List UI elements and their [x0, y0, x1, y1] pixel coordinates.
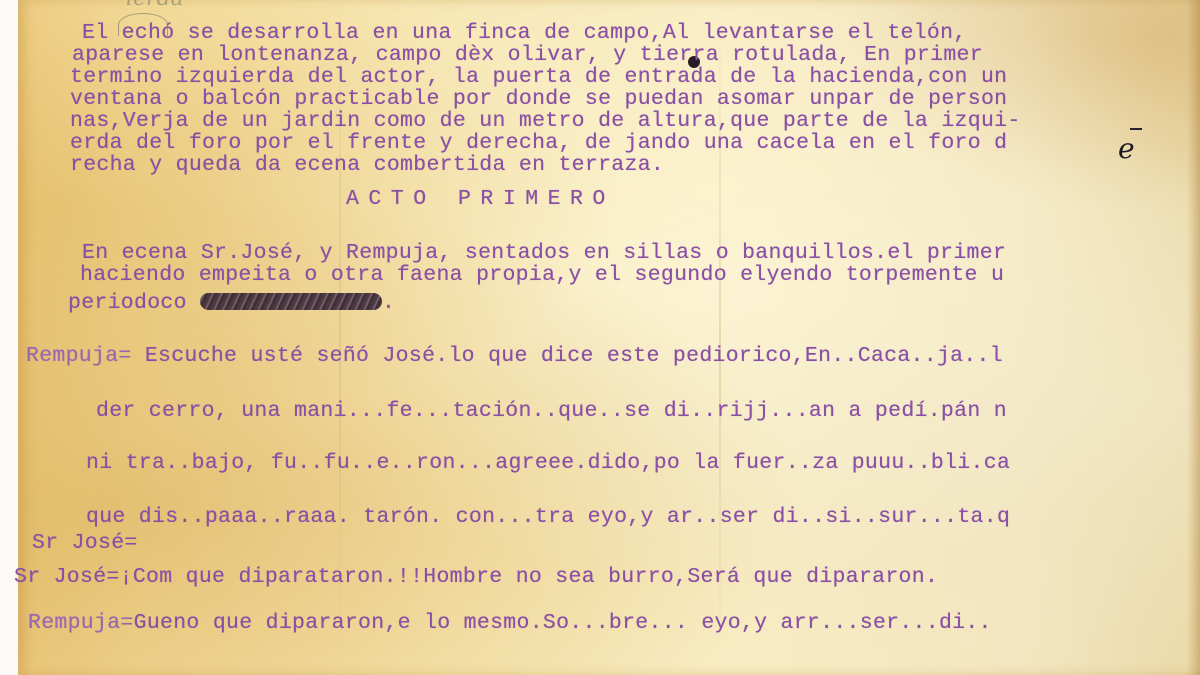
scene-intro-line: haciendo empeita o otra faena propia,y e… — [80, 264, 1004, 286]
dialogue-line: Sr José=¡Com que diparataron.!!Hombre no… — [14, 566, 938, 588]
dialogue-line: que dis..paaa..raaa. tarón. con...tra ey… — [86, 506, 1010, 528]
stage-direction-line: termino izquierda del actor, la puerta d… — [70, 66, 1007, 88]
dialogue-line: der cerro, una mani...fe...tación..que..… — [96, 400, 1007, 422]
scene-intro-end: . — [382, 291, 395, 315]
stage-direction-line: aparese en lontenanza, campo dèx olivar,… — [72, 44, 983, 66]
stage-direction-line: recha y queda da ecena combertida en ter… — [70, 154, 664, 176]
dialogue-text: Gueno que dipararon,e lo mesmo.So...bre.… — [134, 611, 992, 635]
stage-direction-line: nas,Verja de un jardin como de un metro … — [70, 110, 1021, 132]
dialogue-line: Rempuja= Escuche usté señó José.lo que d… — [26, 345, 1003, 367]
dialogue-line: Rempuja=Gueno que dipararon,e lo mesmo.S… — [28, 612, 992, 634]
dialogue-line: Sr José= — [32, 532, 138, 554]
redacted-word — [200, 293, 382, 310]
scene-intro-line: periodoco . — [68, 292, 395, 314]
stage-direction-line: El echó se desarrolla en una finca de ca… — [82, 22, 967, 44]
dialogue-text: ¡Com que diparataron.!!Hombre no sea bur… — [120, 565, 939, 589]
scene-intro-line: En ecena Sr.José, y Rempuja, sentados en… — [82, 242, 1006, 264]
speaker-name: Sr José= — [32, 531, 138, 555]
speaker-name: Sr José= — [14, 565, 120, 589]
stage-direction-line: erda del foro por el frente y derecha, d… — [70, 132, 1007, 154]
speaker-name: Rempuja= — [28, 611, 134, 635]
scene-intro-text: periodoco — [68, 291, 187, 315]
stage-direction-line: ventana o balcón practicable por donde s… — [70, 88, 1007, 110]
handwritten-correction: e — [1118, 132, 1135, 165]
dialogue-text: Escuche usté señó José.lo que dice este … — [132, 344, 1003, 368]
ink-hyphen-mark — [1130, 128, 1142, 130]
act-title: ACTO PRIMERO — [346, 188, 615, 210]
speaker-name: Rempuja= — [26, 344, 132, 368]
pencil-note: lerda — [126, 0, 184, 11]
dialogue-line: ni tra..bajo, fu..fu..e..ron...agreee.di… — [86, 452, 1010, 474]
